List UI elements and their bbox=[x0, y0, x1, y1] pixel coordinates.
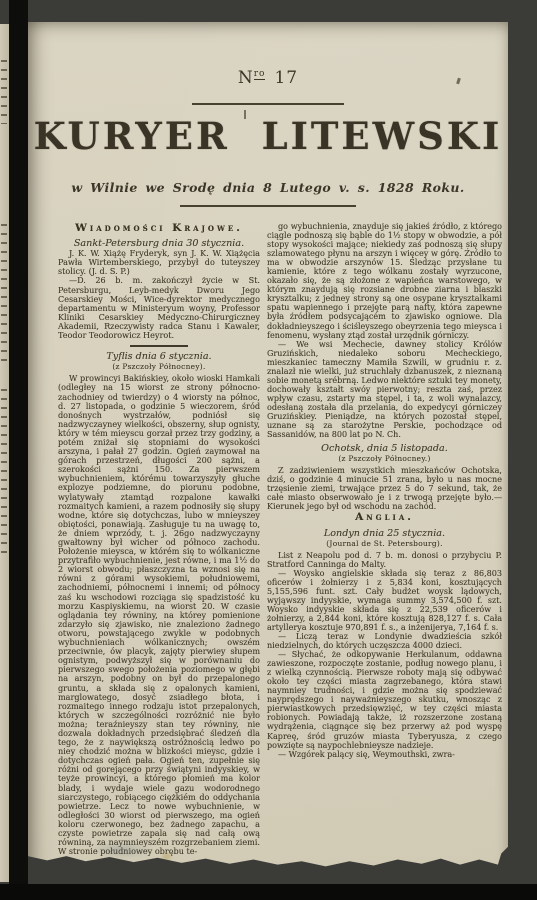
left-column: Wiadomości Krajowe.Sankt-Petersburg dnia… bbox=[58, 222, 260, 856]
right-column: go wybuchnienia, znayduje się jakieś źró… bbox=[267, 222, 502, 759]
section-heading: Wiadomości Krajowe. bbox=[58, 224, 260, 233]
body-paragraph: —D. 26 b. m. zakończył życie w St. Peter… bbox=[58, 276, 260, 340]
body-paragraph: — Liczą teraz w Londynie dwadzieścia szk… bbox=[267, 632, 502, 650]
body-paragraph: — Słychać, że odkopywanie Herkulanum, od… bbox=[267, 650, 502, 750]
article-dateline: Ochotsk, dnia 5 listopada. bbox=[267, 444, 502, 453]
body-paragraph: J. K. W. Xiążę Fryderyk, syn J. K. W. Xi… bbox=[58, 249, 260, 276]
paper-speck bbox=[244, 110, 246, 119]
adjacent-page-sliver bbox=[0, 24, 9, 882]
issue-number-value: 17 bbox=[274, 68, 298, 88]
issue-number-prefix: N bbox=[238, 68, 254, 88]
masthead-rule-top bbox=[192, 103, 344, 105]
article-source: (Journal de St. Petersbourg). bbox=[267, 539, 502, 548]
issue-number: Nro17 bbox=[28, 68, 508, 88]
body-columns: Wiadomości Krajowe.Sankt-Petersburg dnia… bbox=[58, 222, 502, 856]
body-paragraph: — Woysko angielskie składa się teraz z 8… bbox=[267, 569, 502, 632]
article-dateline: Sankt-Petersburg dnia 30 stycznia. bbox=[58, 239, 260, 248]
body-paragraph: List z Neapolu pod d. 7 b. m. donosi o p… bbox=[267, 551, 502, 569]
article-dateline: Tyflis dnia 6 stycznia. bbox=[58, 352, 260, 361]
masthead-rule-bottom bbox=[180, 205, 356, 207]
separator-rule bbox=[130, 345, 188, 347]
adjacent-page-text-fragment bbox=[1, 60, 7, 124]
article-dateline: Londyn dnia 25 stycznia. bbox=[267, 529, 502, 538]
body-paragraph: — Wzgórek palący się, Weymouthski, zwra- bbox=[267, 750, 502, 759]
article-source: (z Pszczoły Północney). bbox=[58, 362, 260, 371]
body-paragraph: — We wsi Mechecie, dawney stolicy Królów… bbox=[267, 340, 502, 440]
newspaper-title: KURYER LITEWSKI bbox=[28, 114, 508, 158]
article-source: (z Pszczoły Północney.) bbox=[267, 454, 502, 463]
scan-background-band bbox=[0, 884, 537, 900]
binding-gutter-shadow bbox=[9, 0, 28, 886]
scanned-newspaper-page: Nro17 KURYER LITEWSKI w Wilnie we Srodę … bbox=[0, 0, 537, 900]
newspaper-sheet: Nro17 KURYER LITEWSKI w Wilnie we Srodę … bbox=[28, 22, 508, 874]
adjacent-page-text-fragment bbox=[1, 224, 7, 364]
section-heading: Anglia. bbox=[267, 513, 502, 522]
ink-smudge-stain bbox=[90, 842, 152, 858]
paper-spot-stain bbox=[162, 853, 171, 860]
body-paragraph: W prowincyi Bakińskiey, około wioski Ham… bbox=[58, 374, 260, 856]
body-paragraph: go wybuchnienia, znayduje się jakieś źró… bbox=[267, 222, 502, 340]
adjacent-page-text-fragment bbox=[1, 389, 7, 559]
issue-number-superscript: ro bbox=[254, 69, 266, 80]
body-paragraph: Z zadziwieniem wszystkich mieszkańców Oc… bbox=[267, 466, 502, 511]
issue-dateline: w Wilnie we Srodę dnia 8 Lutego v. s. 18… bbox=[28, 180, 508, 195]
